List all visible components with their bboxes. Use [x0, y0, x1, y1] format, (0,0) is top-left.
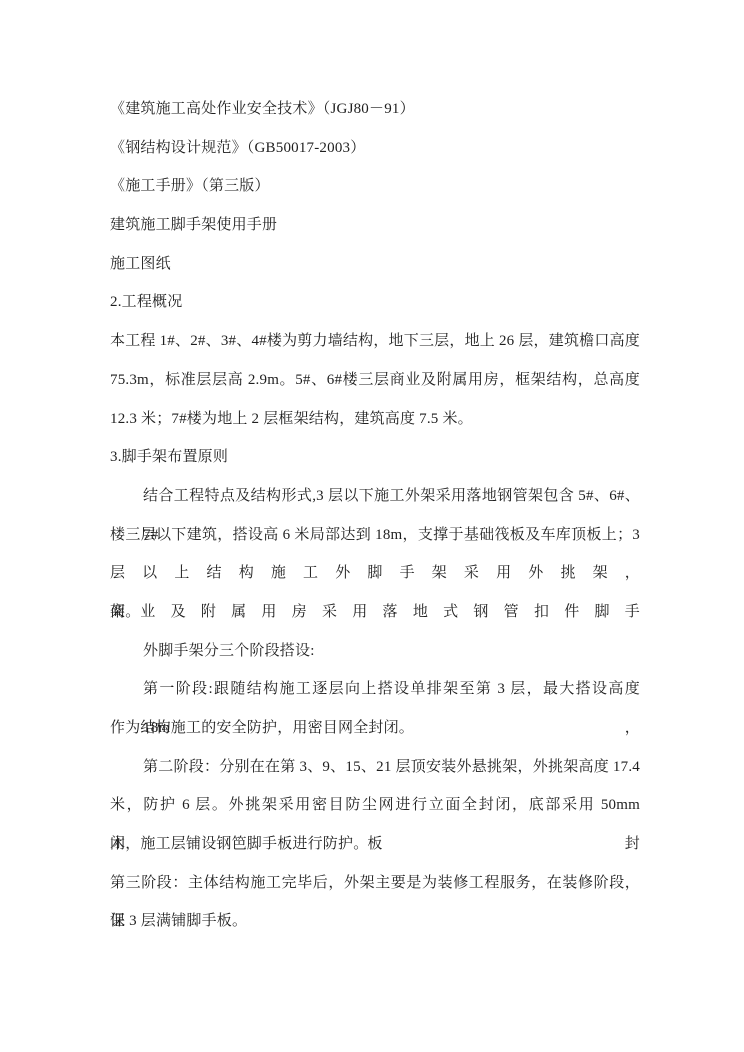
- text-line: 3.脚手架布置原则: [110, 438, 640, 477]
- text-line: 75.3m，标准层层高 2.9m。5#、6#楼三层商业及附属用房，框架结构，总高…: [110, 361, 640, 400]
- text-line: 楼三层以下建筑，搭设高 6 米局部达到 18m，支撑于基础筏板及车库顶板上；3: [110, 516, 640, 555]
- text-line: 《钢结构设计规范》（GB50017-2003）: [110, 129, 640, 168]
- text-line: 证 3 层满铺脚手板。: [110, 902, 640, 941]
- text-line: 建筑施工脚手架使用手册: [110, 206, 640, 245]
- text-line: 本工程 1#、2#、3#、4#楼为剪力墙结构，地下三层，地上 26 层，建筑檐口…: [110, 322, 640, 361]
- text-line: 米，防护 6 层。外挑架采用密目防尘网进行立面全封闭，底部采用 50mm 木板封: [110, 786, 640, 825]
- text-line: 《施工手册》（第三版）: [110, 167, 640, 206]
- text-line: 第三阶段：主体结构施工完毕后，外架主要是为装修工程服务，在装修阶段，保: [110, 864, 640, 903]
- text-line: 《建筑施工高处作业安全技术》（JGJ80－91）: [110, 90, 640, 129]
- text-line: 第二阶段：分别在在第 3、9、15、21 层顶安装外悬挑架，外挑架高度 17.4: [110, 748, 640, 787]
- text-line: 外脚手架分三个阶段搭设:: [110, 632, 640, 671]
- text-line: 2.工程概况: [110, 283, 640, 322]
- text-line: 第一阶段:跟随结构施工逐层向上搭设单排架至第 3 层，最大搭设高度 18m，: [110, 670, 640, 709]
- text-line: 层以上结构施工外脚手架采用外挑架，商业及附属用房采用落地式钢管扣件脚手: [110, 554, 640, 593]
- text-line: 结合工程特点及结构形式,3 层以下施工外架采用落地钢管架包含 5#、6#、7#: [110, 477, 640, 516]
- text-line: 12.3 米；7#楼为地上 2 层框架结构，建筑高度 7.5 米。: [110, 400, 640, 439]
- document-text-block: 《建筑施工高处作业安全技术》（JGJ80－91）《钢结构设计规范》（GB5001…: [110, 90, 640, 941]
- document-page: 《建筑施工高处作业安全技术》（JGJ80－91）《钢结构设计规范》（GB5001…: [0, 0, 744, 1052]
- text-line: 施工图纸: [110, 245, 640, 284]
